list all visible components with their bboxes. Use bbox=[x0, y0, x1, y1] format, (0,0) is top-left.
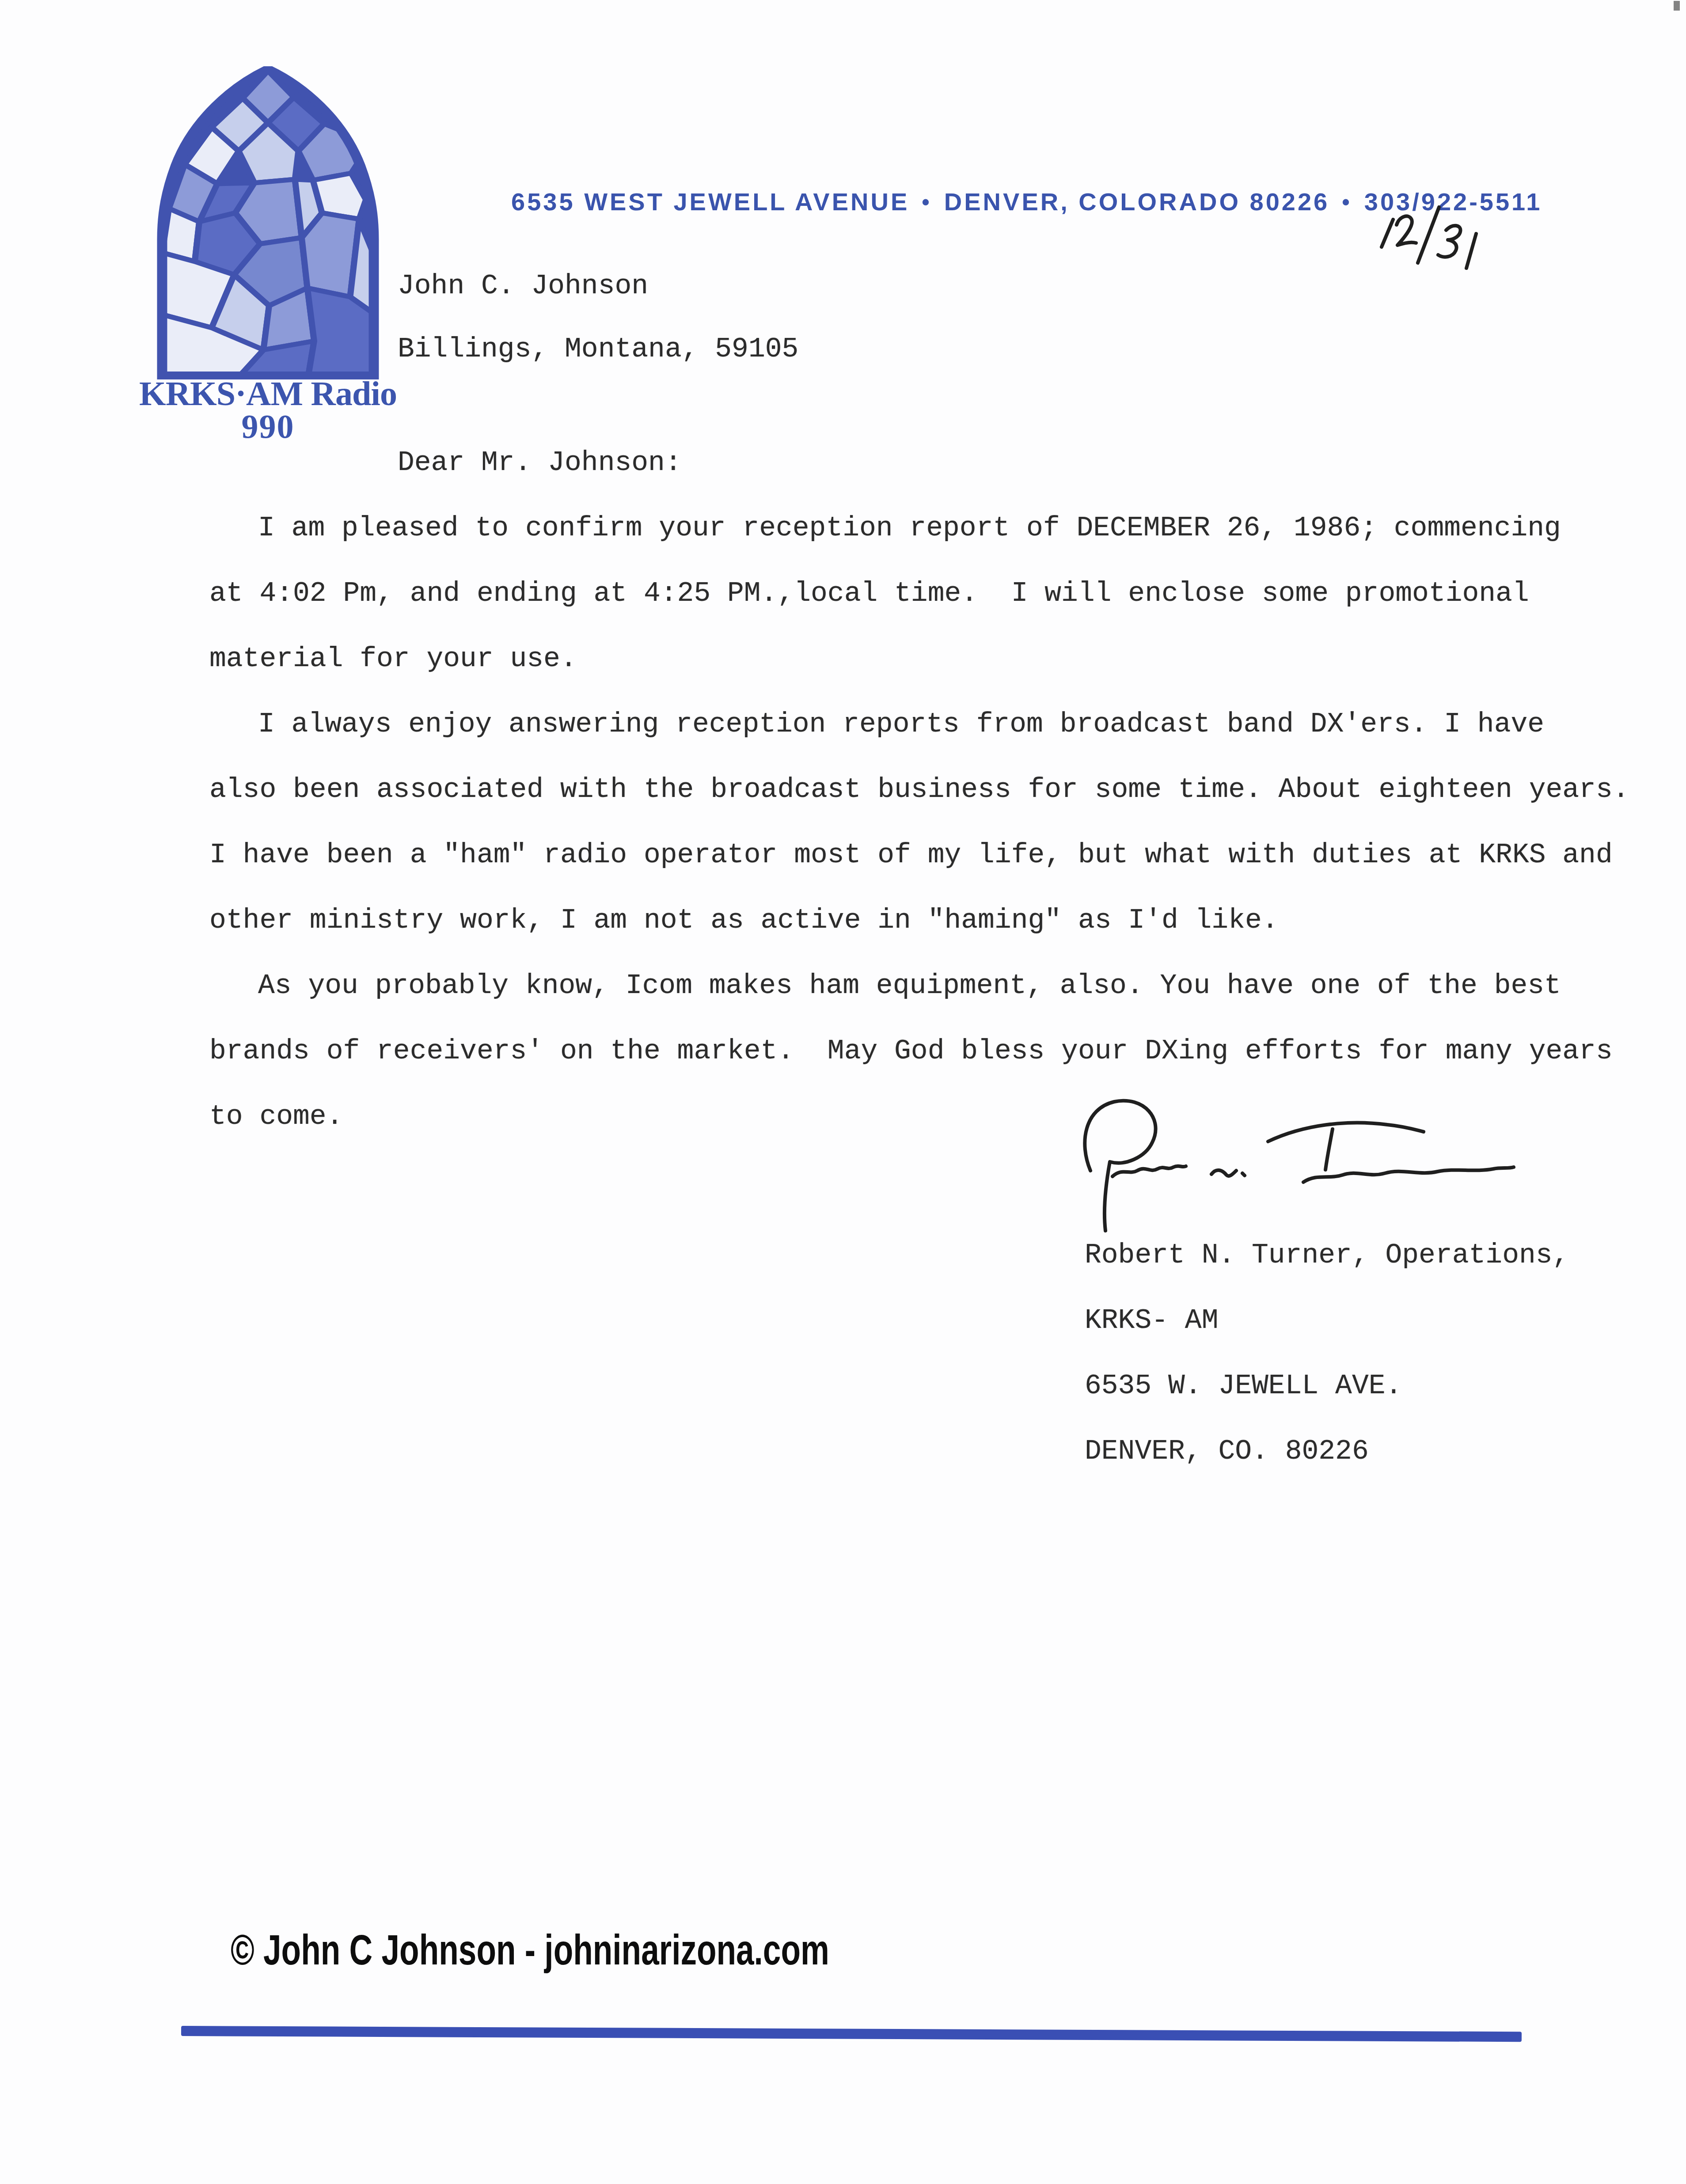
bullet-separator-icon: • bbox=[922, 189, 932, 215]
signature-image bbox=[1038, 1077, 1524, 1240]
body-line: As you probably know, Icom makes ham equ… bbox=[258, 970, 1561, 1002]
logo-frequency: 990 bbox=[127, 410, 409, 444]
scanned-letter-page: KRKS·AM Radio 990 6535 WEST JEWELL AVENU… bbox=[0, 0, 1686, 2184]
scan-artifact bbox=[1674, 1, 1680, 11]
body-line: brands of receivers' on the market. May … bbox=[209, 1035, 1613, 1067]
body-line: also been associated with the broadcast … bbox=[209, 774, 1629, 806]
recipient-name: John C. Johnson bbox=[398, 270, 648, 302]
body-line: to come. bbox=[209, 1101, 343, 1133]
letterhead-street: 6535 WEST JEWELL AVENUE bbox=[511, 188, 909, 216]
signer-city: DENVER, CO. 80226 bbox=[1085, 1436, 1369, 1467]
body-line: at 4:02 Pm, and ending at 4:25 PM.,local… bbox=[209, 578, 1529, 610]
body-line: I have been a "ham" radio operator most … bbox=[209, 839, 1613, 871]
letterhead-city: DENVER, COLORADO 80226 bbox=[944, 188, 1329, 216]
body-line: material for your use. bbox=[209, 643, 577, 675]
copyright-watermark: © John C Johnson - johninarizona.com bbox=[231, 1926, 829, 1975]
salutation: Dear Mr. Johnson: bbox=[398, 447, 682, 479]
footer-divider-bar bbox=[181, 2026, 1522, 2042]
body-line: other ministry work, I am not as active … bbox=[209, 905, 1279, 937]
bullet-separator-icon: • bbox=[1342, 189, 1352, 215]
recipient-location: Billings, Montana, 59105 bbox=[398, 334, 798, 365]
handwritten-date bbox=[1363, 201, 1496, 281]
signer-station: KRKS- AM bbox=[1085, 1305, 1218, 1337]
body-line: I am pleased to confirm your reception r… bbox=[258, 512, 1561, 544]
body-line: I always enjoy answering reception repor… bbox=[258, 709, 1544, 740]
krks-stained-glass-window-icon bbox=[127, 66, 409, 380]
signer-street: 6535 W. JEWELL AVE. bbox=[1085, 1370, 1402, 1402]
logo-station-name: KRKS·AM Radio bbox=[127, 376, 409, 411]
signer-name-title: Robert N. Turner, Operations, bbox=[1085, 1240, 1569, 1271]
